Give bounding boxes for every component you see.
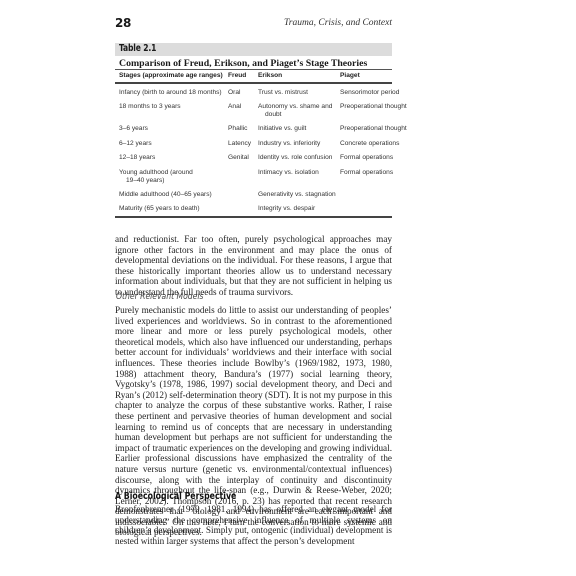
table-label-band: Table 2.1 bbox=[115, 43, 392, 56]
cell-stage: 12–18 years bbox=[119, 154, 155, 162]
table-bottom-rule bbox=[115, 216, 392, 218]
cell-erikson: Industry vs. inferiority bbox=[258, 140, 320, 148]
cell-stage: Young adulthood (around bbox=[119, 169, 193, 177]
section-heading-bioecological: A Bioecological Perspective bbox=[115, 491, 236, 502]
cell-freud: Phallic bbox=[228, 125, 247, 133]
cell-erikson: Identity vs. role confusion bbox=[258, 154, 332, 162]
cell-piaget: Formal operations bbox=[340, 169, 393, 177]
table-top-rule bbox=[115, 69, 392, 70]
subheading-other-relevant-models: Other Relevant Models bbox=[116, 292, 203, 302]
column-header-freud: Freud bbox=[228, 72, 246, 79]
cell-piaget: Formal operations bbox=[340, 154, 393, 162]
paragraph-1: and reductionist. Far too often, purely … bbox=[115, 234, 392, 298]
cell-erikson: Intimacy vs. isolation bbox=[258, 169, 319, 177]
cell-erikson: Integrity vs. despair bbox=[258, 205, 315, 213]
running-head: Trauma, Crisis, and Context bbox=[284, 18, 392, 28]
cell-freud: Anal bbox=[228, 103, 241, 111]
page-header: 28 Trauma, Crisis, and Context bbox=[115, 16, 392, 32]
table-label: Table 2.1 bbox=[119, 43, 156, 54]
cell-stage: Middle adulthood (40–65 years) bbox=[119, 191, 212, 199]
cell-piaget: Concrete operations bbox=[340, 140, 399, 148]
cell-erikson: Initiative vs. guilt bbox=[258, 125, 306, 133]
page-number: 28 bbox=[115, 16, 131, 30]
cell-stage: Maturity (65 years to death) bbox=[119, 205, 200, 213]
cell-erikson: Generativity vs. stagnation bbox=[258, 191, 336, 199]
cell-piaget: Preoperational thought bbox=[340, 125, 407, 133]
paragraph-3: Bronfenbrenner (1979, 1981, 1994) has of… bbox=[115, 504, 392, 546]
cell-erikson: Autonomy vs. shame and bbox=[258, 103, 332, 111]
cell-stage: 18 months to 3 years bbox=[119, 103, 181, 111]
cell-erikson-cont: doubt bbox=[265, 111, 282, 119]
cell-freud: Latency bbox=[228, 140, 251, 148]
cell-stage: 6–12 years bbox=[119, 140, 152, 148]
column-header-stages: Stages (approximate age ranges) bbox=[119, 72, 223, 79]
cell-piaget: Preoperational thought bbox=[340, 103, 407, 111]
cell-stage-cont: 19–40 years) bbox=[126, 177, 165, 185]
cell-erikson: Trust vs. mistrust bbox=[258, 89, 308, 97]
cell-piaget: Sensorimotor period bbox=[340, 89, 399, 97]
column-header-erikson: Erikson bbox=[258, 72, 282, 79]
cell-freud: Genital bbox=[228, 154, 249, 162]
cell-stage: Infancy (birth to around 18 months) bbox=[119, 89, 222, 97]
cell-stage: 3–6 years bbox=[119, 125, 148, 133]
table-caption: Comparison of Freud, Erikson, and Piaget… bbox=[119, 58, 367, 69]
table-header-rule bbox=[115, 82, 392, 84]
column-header-piaget: Piaget bbox=[340, 72, 360, 79]
cell-freud: Oral bbox=[228, 89, 240, 97]
